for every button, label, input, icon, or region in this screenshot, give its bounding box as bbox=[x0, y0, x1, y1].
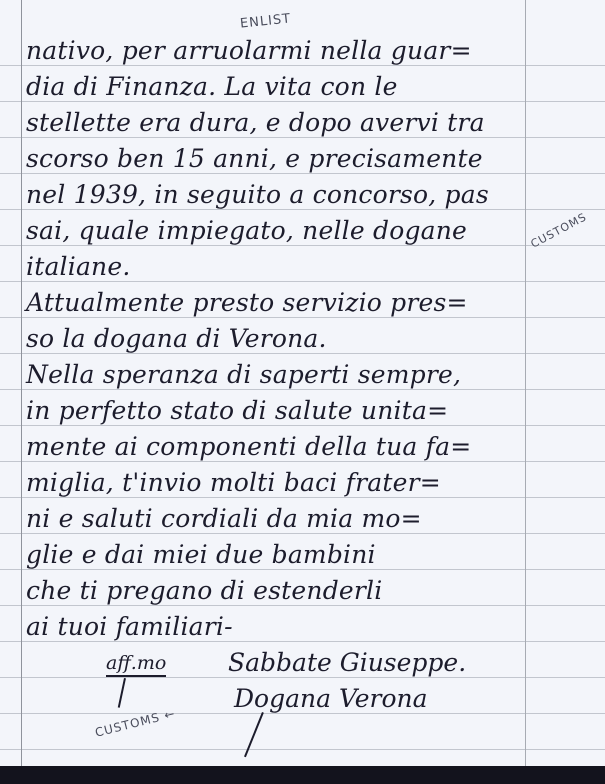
letter-page: ENLIST nativo, per arruolarmi nella guar… bbox=[0, 0, 605, 766]
letter-line: mente ai componenti della tua fa= bbox=[26, 432, 526, 462]
letter-line: in perfetto stato di salute unita= bbox=[26, 396, 526, 426]
signature-name: Sabbate Giuseppe. bbox=[228, 648, 466, 677]
letter-line: nel 1939, in seguito a concorso, pas bbox=[26, 180, 526, 210]
letter-line: scorso ben 15 anni, e precisamente bbox=[26, 144, 526, 174]
letter-line: dia di Finanza. La vita con le bbox=[26, 72, 526, 102]
letter-line: glie e dai miei due bambini bbox=[26, 540, 526, 570]
ruled-line bbox=[0, 713, 605, 714]
letter-line: italiane. bbox=[26, 252, 526, 282]
letter-line: miglia, t'invio molti baci frater= bbox=[26, 468, 526, 498]
annotation-customs-bottom: CUSTOMS ← bbox=[94, 706, 177, 740]
closing-affmo: aff.mo bbox=[106, 652, 166, 677]
left-margin-line bbox=[21, 0, 22, 766]
ruled-line bbox=[0, 749, 605, 750]
signature-office: Dogana Verona bbox=[234, 684, 428, 713]
scan-edge-band bbox=[0, 766, 605, 784]
pen-flourish bbox=[118, 678, 126, 708]
letter-line: ni e saluti cordiali da mia mo= bbox=[26, 504, 526, 534]
annotation-enlist: ENLIST bbox=[239, 11, 292, 31]
letter-line: che ti pregano di estenderli bbox=[26, 576, 526, 606]
letter-line: nativo, per arruolarmi nella guar= bbox=[26, 36, 526, 66]
ruled-line bbox=[0, 677, 605, 678]
letter-line: stellette era dura, e dopo avervi tra bbox=[26, 108, 526, 138]
letter-line: Nella speranza di saperti sempre, bbox=[26, 360, 526, 390]
letter-line: so la dogana di Verona. bbox=[26, 324, 526, 354]
letter-line: ai tuoi familiari- bbox=[26, 612, 526, 642]
pen-flourish bbox=[244, 712, 263, 757]
letter-line: Attualmente presto servizio pres= bbox=[26, 288, 526, 318]
letter-line: sai, quale impiegato, nelle dogane bbox=[26, 216, 526, 246]
